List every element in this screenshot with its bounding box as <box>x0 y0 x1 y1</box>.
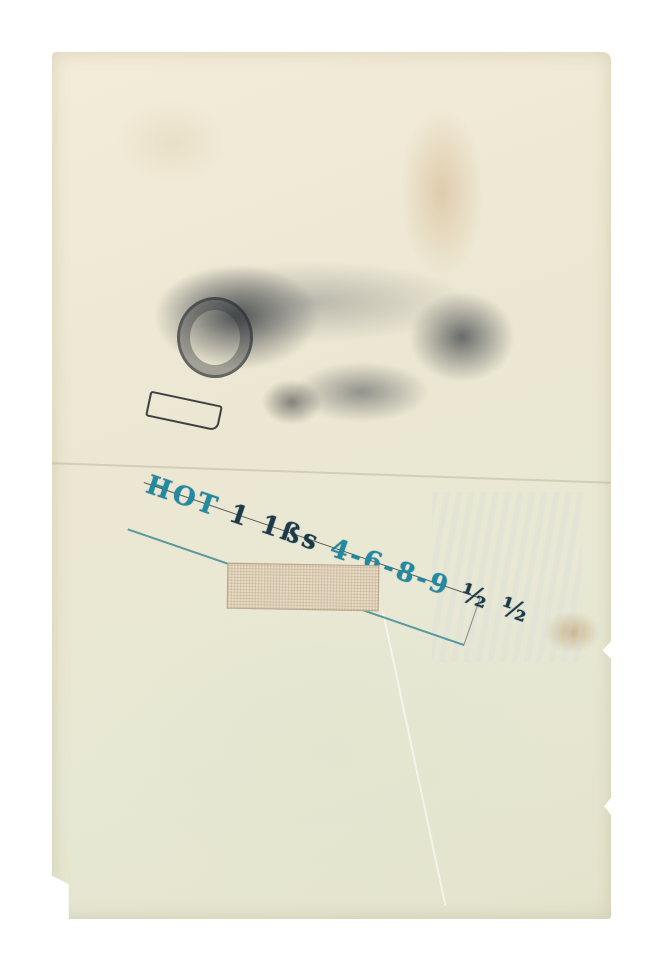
horizontal-crease <box>52 462 611 483</box>
cloth-tape-patch <box>227 563 380 612</box>
ink-swirl-mark <box>177 297 253 378</box>
paper-sheet: НОТ 1 1ßs 4-6-8-9 ½ ½ <box>52 52 611 919</box>
ink-blot <box>62 242 562 442</box>
